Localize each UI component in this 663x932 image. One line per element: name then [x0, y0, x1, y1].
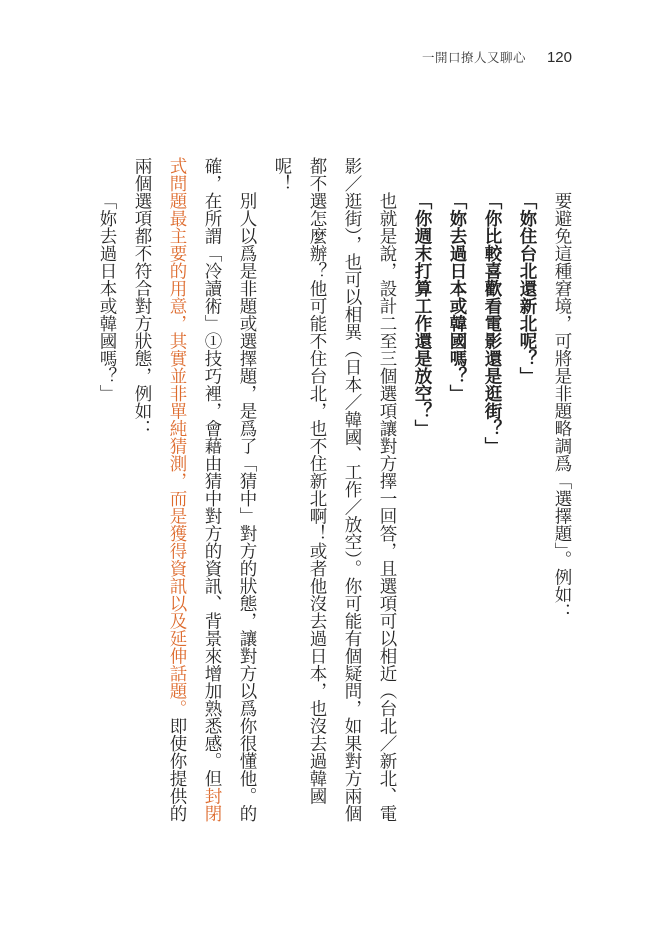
analysis-text-before: 別人以爲是非題或選擇題，是爲了「猜中」對方的狀態，讓對方以爲你很懂他。的確，在所… [203, 157, 258, 822]
running-head-book-title: 一開口撩人又聊心 [422, 48, 526, 66]
paragraph-analysis: 別人以爲是非題或選擇題，是爲了「猜中」對方的狀態，讓對方以爲你很懂他。的確，在所… [125, 157, 265, 830]
example-question-2: 「你比較喜歡看電影還是逛街？」 [475, 157, 510, 830]
example-question-4: 「你週末打算工作還是放空？」 [405, 157, 440, 830]
paragraph-intro: 要避免這種窘境，可將是非題略調爲「選擇題」。例如： [545, 157, 580, 830]
page-number: 120 [547, 49, 572, 66]
example-question-1: 「妳住台北還新北呢？」 [510, 157, 545, 830]
closing-question: 「妳去過日本或韓國嗎？」 [90, 157, 125, 830]
paragraph-explanation: 也就是說，設計二至三個選項讓對方擇一回答，且選項可以相近（台北／新北、電影／逛街… [265, 157, 405, 830]
body-text: 要避免這種窘境，可將是非題略調爲「選擇題」。例如： 「妳住台北還新北呢？」 「你… [90, 157, 580, 830]
page-header: 一開口撩人又聊心 120 [422, 48, 572, 66]
book-page: 一開口撩人又聊心 120 要避免這種窘境，可將是非題略調爲「選擇題」。例如： 「… [0, 0, 663, 932]
example-question-3: 「妳去過日本或韓國嗎？」 [440, 157, 475, 830]
